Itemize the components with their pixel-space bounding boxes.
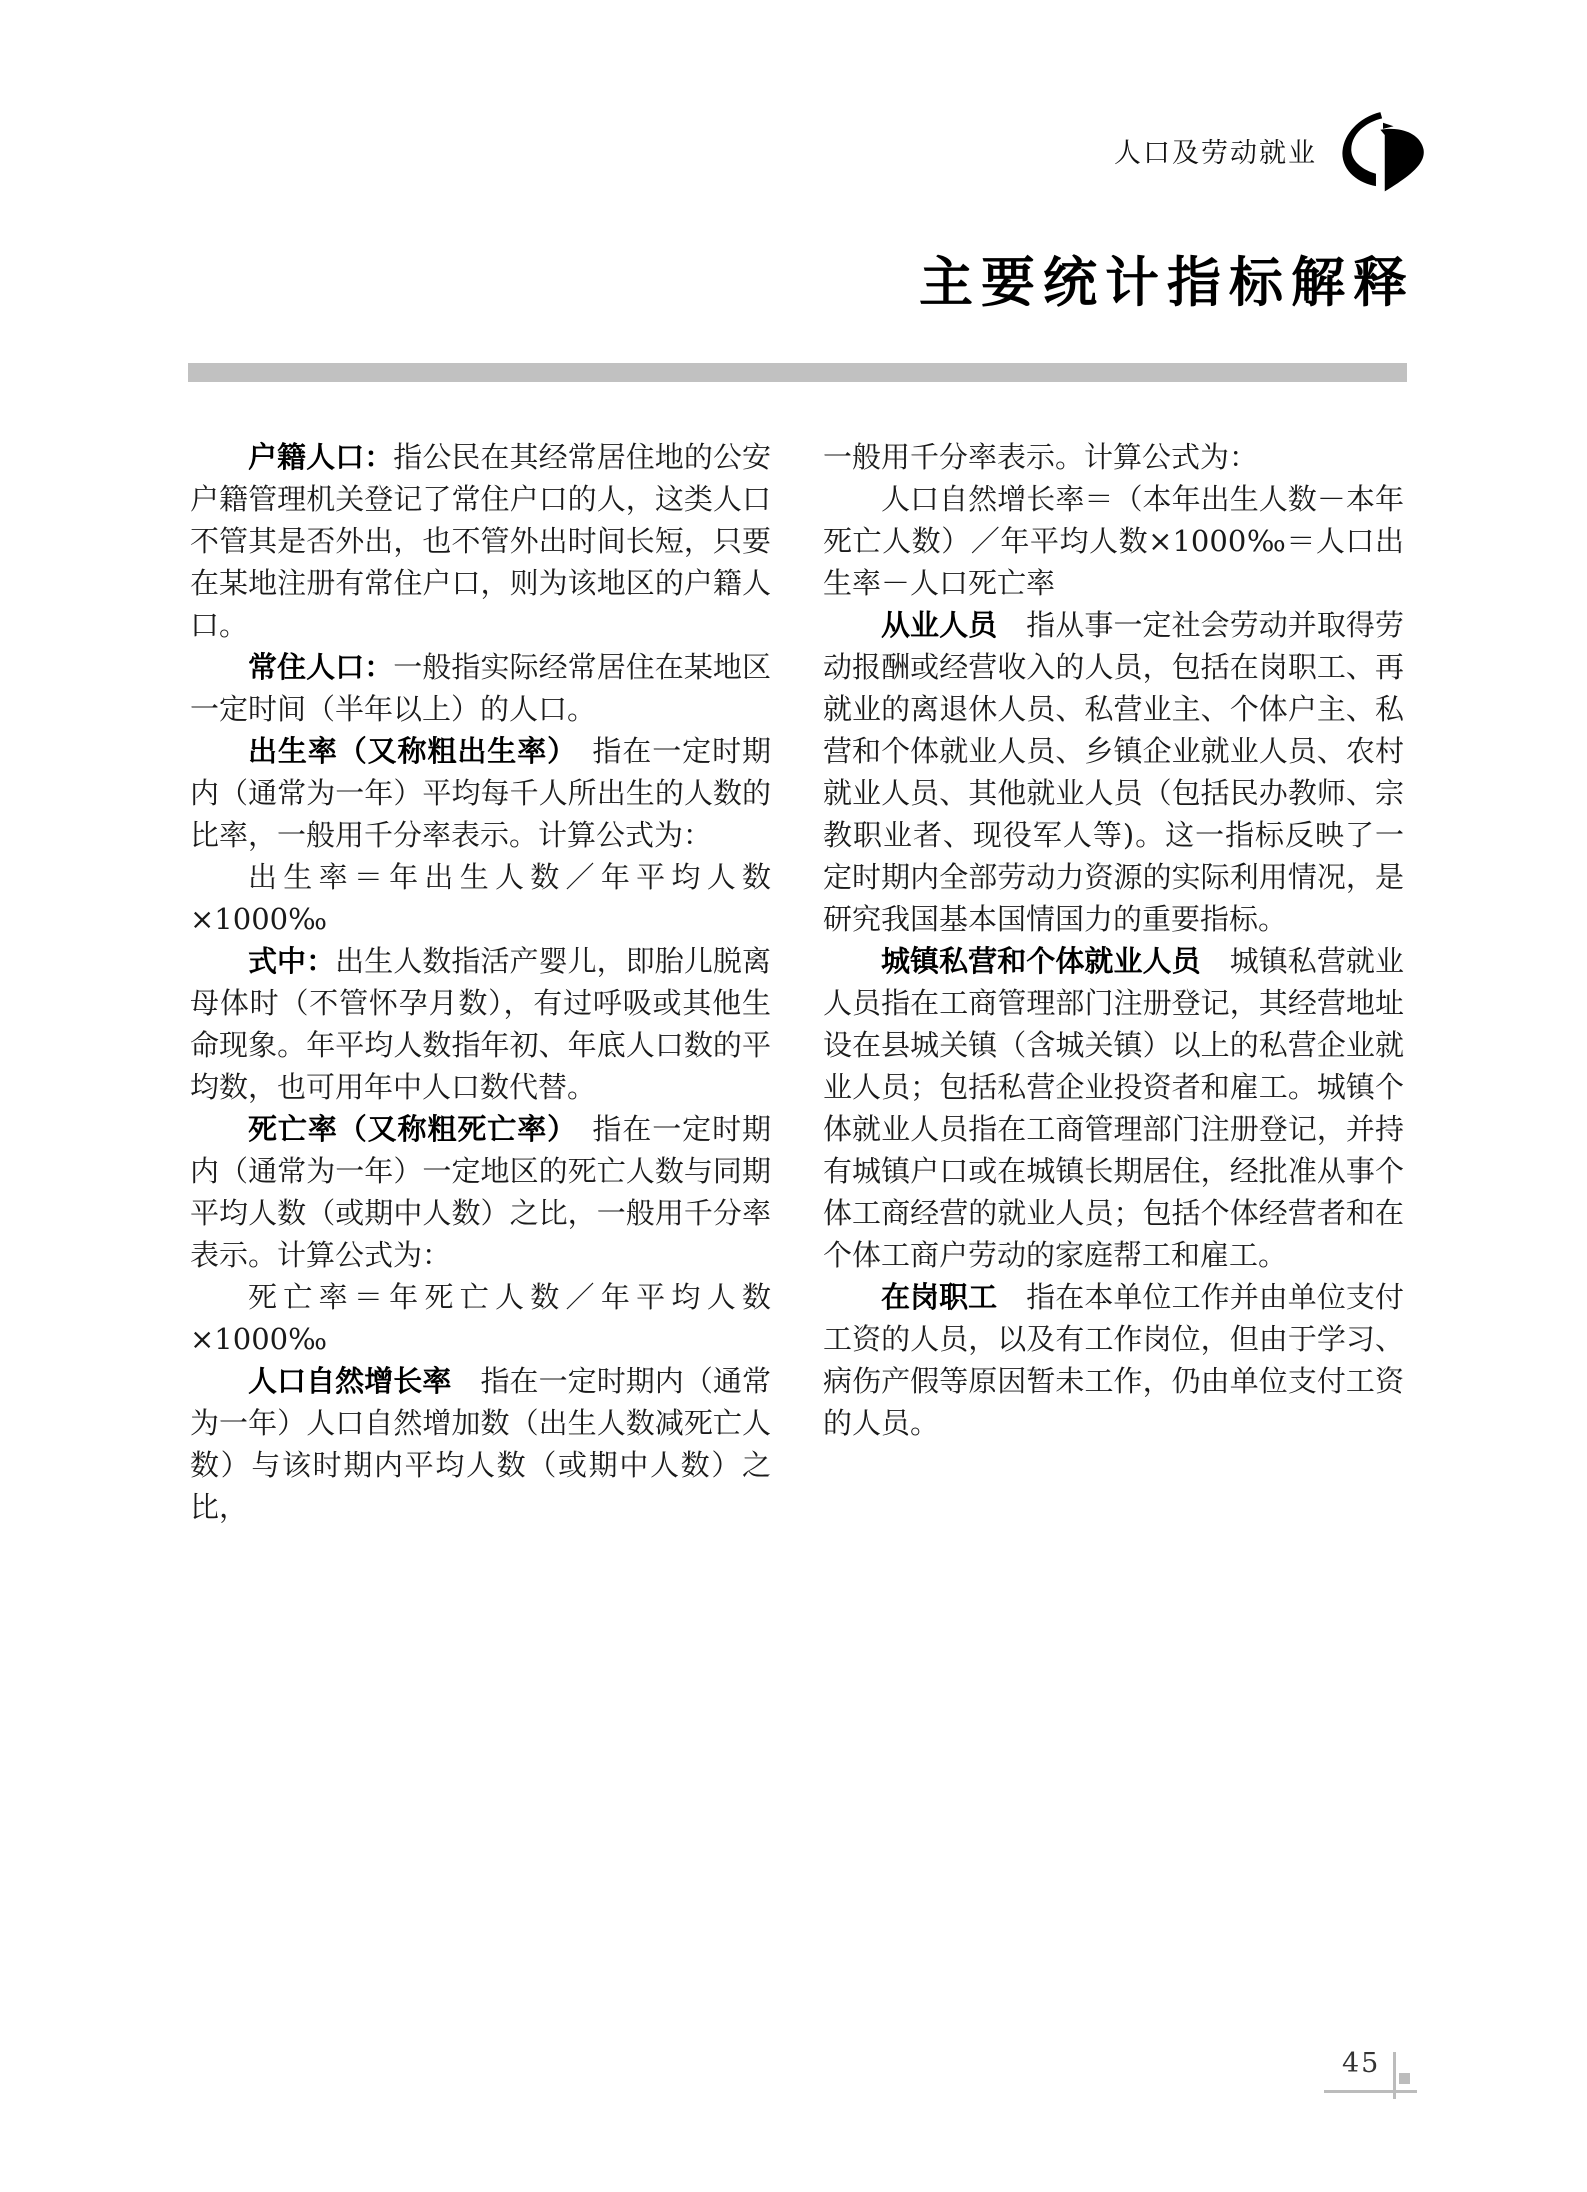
footer-square-ornament	[1399, 2073, 1410, 2084]
paragraph: 出生率＝年出生人数／年平均人数×1000‰	[190, 856, 771, 940]
term-label: 城镇私营和个体就业人员	[881, 944, 1201, 978]
term-label: 常住人口：	[248, 650, 393, 684]
definition-text: 指从事一定社会劳动并取得劳动报酬或经营收入的人员，包括在岗职工、再就业的离退休人…	[823, 608, 1404, 936]
term-label: 人口自然增长率	[248, 1364, 451, 1398]
term-label: 式中：	[248, 944, 335, 978]
term-label: 从业人员	[881, 608, 997, 642]
definition-text: 一般用千分率表示。计算公式为：	[823, 440, 1258, 474]
term-label: 户籍人口：	[248, 440, 393, 474]
term-label: 在岗职工	[881, 1280, 997, 1314]
paragraph: 人口自然增长率＝（本年出生人数－本年死亡人数）／年平均人数×1000‰＝人口出生…	[823, 478, 1404, 604]
definition-text: 出生率＝年出生人数／年平均人数×1000‰	[190, 860, 771, 936]
document-page: 人口及劳动就业 主要统计指标解释 户籍人口：指公民在其经常居住地的公安户籍管理机…	[0, 0, 1587, 2192]
column-right: 一般用千分率表示。计算公式为：人口自然增长率＝（本年出生人数－本年死亡人数）／年…	[823, 436, 1404, 1528]
page-header: 人口及劳动就业	[1114, 108, 1427, 192]
footer-horizontal-rule	[1324, 2090, 1417, 2093]
paragraph: 死亡率＝年死亡人数／年平均人数×1000‰	[190, 1276, 771, 1360]
definition-text: 人口自然增长率＝（本年出生人数－本年死亡人数）／年平均人数×1000‰＝人口出生…	[823, 482, 1404, 600]
page-title: 主要统计指标解释	[919, 240, 1415, 317]
paragraph: 人口自然增长率 指在一定时期内（通常为一年）人口自然增加数（出生人数减死亡人数）…	[190, 1360, 771, 1528]
section-title: 人口及劳动就业	[1114, 131, 1317, 170]
paragraph: 出生率（又称粗出生率） 指在一定时期内（通常为一年）平均每千人所出生的人数的比率…	[190, 730, 771, 856]
column-left: 户籍人口：指公民在其经常居住地的公安户籍管理机关登记了常住户口的人，这类人口不管…	[190, 436, 771, 1528]
paragraph: 从业人员 指从事一定社会劳动并取得劳动报酬或经营收入的人员，包括在岗职工、再就业…	[823, 604, 1404, 940]
paragraph: 城镇私营和个体就业人员 城镇私营就业人员指在工商管理部门注册登记，其经营地址设在…	[823, 940, 1404, 1276]
paragraph: 常住人口：一般指实际经常居住在某地区一定时间（半年以上）的人口。	[190, 646, 771, 730]
term-label: 出生率（又称粗出生率）	[248, 734, 563, 768]
page-number: 45	[1342, 2048, 1380, 2079]
paragraph: 在岗职工 指在本单位工作并由单位支付工资的人员，以及有工作岗位，但由于学习、病伤…	[823, 1276, 1404, 1444]
footer-vertical-rule	[1393, 2052, 1396, 2099]
paragraph: 一般用千分率表示。计算公式为：	[823, 436, 1404, 478]
term-label: 死亡率（又称粗死亡率）	[248, 1112, 563, 1146]
definition-text: 城镇私营就业人员指在工商管理部门注册登记，其经营地址设在县城关镇（含城关镇）以上…	[823, 944, 1404, 1272]
paragraph: 户籍人口：指公民在其经常居住地的公安户籍管理机关登记了常住户口的人，这类人口不管…	[190, 436, 771, 646]
text-columns: 户籍人口：指公民在其经常居住地的公安户籍管理机关登记了常住户口的人，这类人口不管…	[190, 436, 1404, 1528]
paragraph: 死亡率（又称粗死亡率） 指在一定时期内（通常为一年）一定地区的死亡人数与同期平均…	[190, 1108, 771, 1276]
publisher-logo-icon	[1339, 108, 1427, 192]
paragraph: 式中：出生人数指活产婴儿，即胎儿脱离母体时（不管怀孕月数），有过呼吸或其他生命现…	[190, 940, 771, 1108]
definition-text: 死亡率＝年死亡人数／年平均人数×1000‰	[190, 1280, 771, 1356]
section-divider-bar	[188, 363, 1407, 382]
